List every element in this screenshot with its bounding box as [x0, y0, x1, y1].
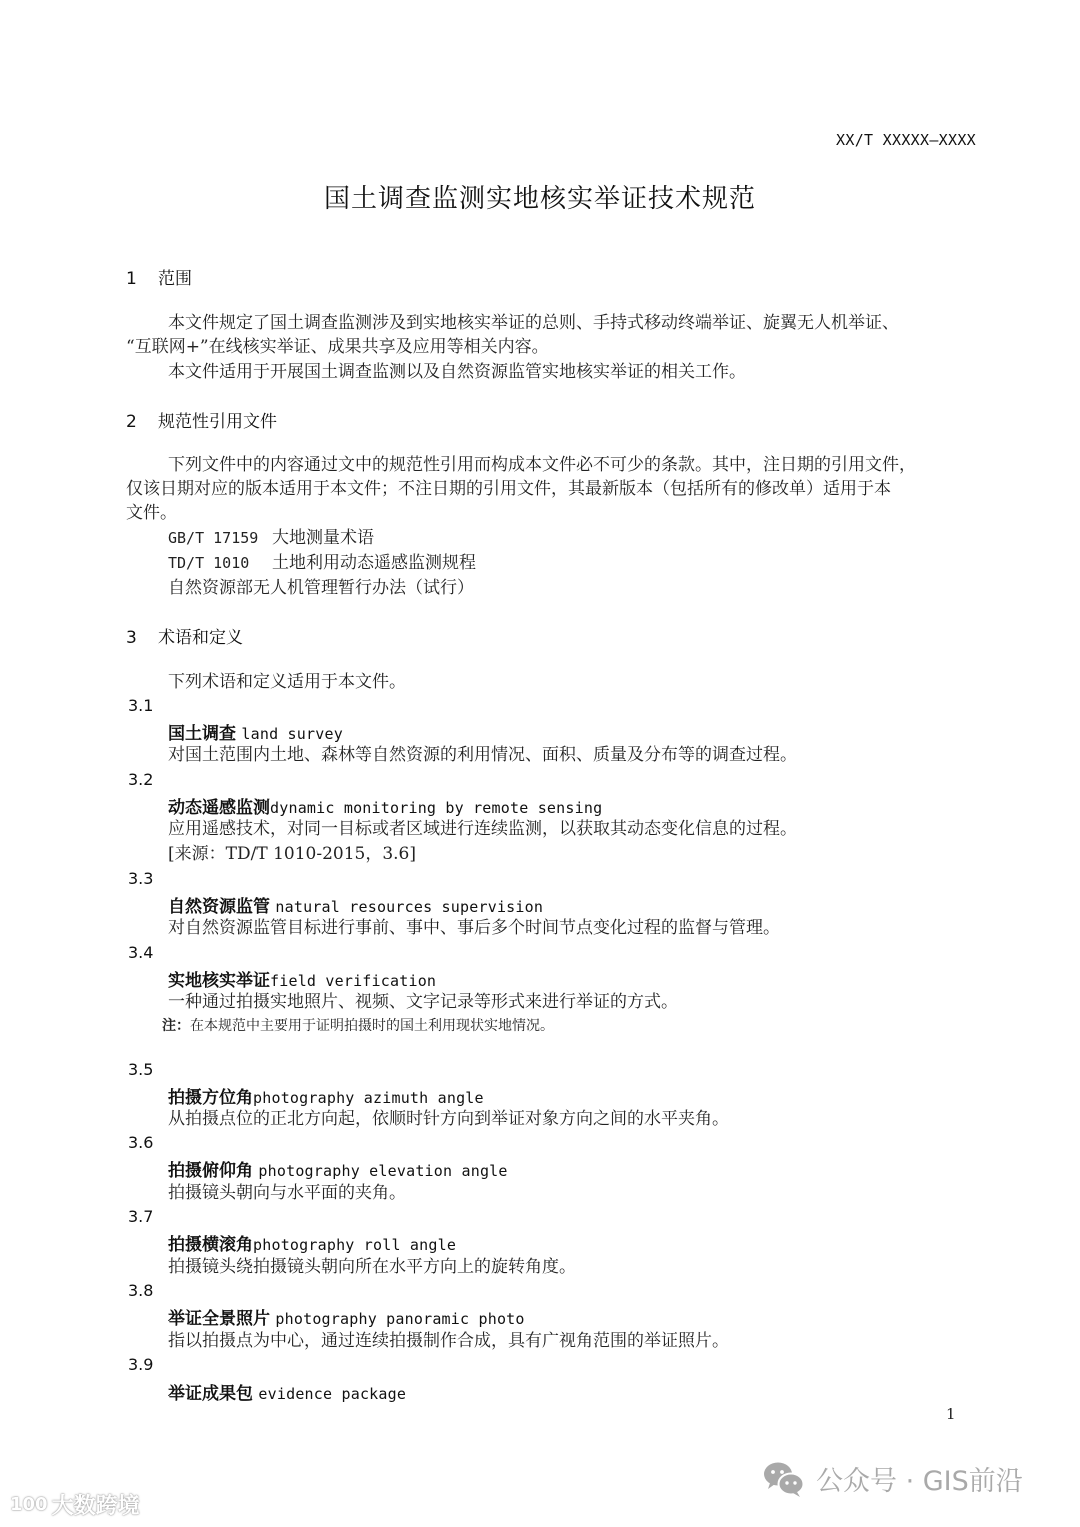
- term-en: photography roll angle: [253, 1236, 456, 1254]
- term-definition: 一种通过拍摄实地照片、视频、文字记录等形式来进行举证的方式。: [168, 990, 678, 1014]
- term-definition: 指以拍摄点为中心，通过连续拍摄制作合成，具有广视角范围的举证照片。: [168, 1329, 729, 1353]
- reference-code: TD/T 1010: [168, 551, 272, 575]
- term-zh: 举证全景照片: [168, 1309, 270, 1329]
- document-title: 国土调查监测实地核实举证技术规范: [0, 178, 1080, 215]
- term-en: photography panoramic photo: [275, 1310, 524, 1328]
- section-number: 2: [126, 412, 158, 432]
- term-zh: 拍摄俯仰角: [168, 1161, 253, 1181]
- term-zh: 拍摄横滚角: [168, 1235, 253, 1255]
- section-number: 1: [126, 269, 158, 289]
- term-source: [来源：TD/T 1010-2015，3.6]: [168, 842, 416, 866]
- clause-number: 3.8: [128, 1281, 153, 1300]
- page-number: 1: [946, 1405, 956, 1423]
- watermark-wechat-account: 公众号 · GIS前沿: [762, 1459, 1023, 1498]
- document-page: XX/T XXXXX—XXXX 国土调查监测实地核实举证技术规范 1范围 本文件…: [0, 0, 1080, 1527]
- section-title: 规范性引用文件: [158, 412, 277, 432]
- term-entry: 动态遥感监测dynamic monitoring by remote sensi…: [168, 793, 602, 818]
- reference-item: TD/T 1010土地利用动态遥感监测规程: [168, 551, 476, 575]
- references-paragraph-line: 下列文件中的内容通过文中的规范性引用而构成本文件必不可少的条款。其中，注日期的引…: [168, 453, 916, 477]
- reference-title: 自然资源部无人机管理暂行办法（试行）: [168, 578, 474, 598]
- clause-number: 3.6: [128, 1133, 153, 1152]
- term-zh: 拍摄方位角: [168, 1088, 253, 1108]
- term-zh: 国土调查: [168, 724, 236, 744]
- reference-title: 土地利用动态遥感监测规程: [272, 553, 476, 573]
- term-en: photography azimuth angle: [253, 1089, 484, 1107]
- clause-number: 3.2: [128, 770, 153, 789]
- term-entry: 举证成果包 evidence package: [168, 1379, 406, 1404]
- term-definition: 对国土范围内土地、森林等自然资源的利用情况、面积、质量及分布等的调查过程。: [168, 743, 797, 767]
- term-entry: 拍摄方位角photography azimuth angle: [168, 1083, 484, 1108]
- term-definition: 对自然资源监管目标进行事前、事中、事后多个时间节点变化过程的监督与管理。: [168, 916, 780, 940]
- term-entry: 拍摄横滚角photography roll angle: [168, 1230, 456, 1255]
- note-label: 注：: [162, 1018, 190, 1034]
- term-zh: 实地核实举证: [168, 971, 270, 991]
- watermark-left-text: 大数跨境: [52, 1489, 140, 1520]
- clause-number: 3.7: [128, 1207, 153, 1226]
- term-entry: 自然资源监管 natural resources supervision: [168, 892, 543, 917]
- term-note: 注：在本规范中主要用于证明拍摄时的国土利用现状实地情况。: [162, 1015, 554, 1035]
- watermark-right-text: 公众号 · GIS前沿: [816, 1459, 1023, 1498]
- term-entry: 实地核实举证field verification: [168, 966, 436, 991]
- term-entry: 国土调查 land survey: [168, 719, 343, 744]
- term-definition: 从拍摄点位的正北方向起，依顺时针方向到举证对象方向之间的水平夹角。: [168, 1107, 729, 1131]
- term-en: evidence package: [258, 1385, 406, 1403]
- logo-100-icon: 100: [10, 1494, 48, 1515]
- reference-item: GB/T 17159大地测量术语: [168, 526, 374, 550]
- clause-number: 3.3: [128, 869, 153, 888]
- term-zh: 举证成果包: [168, 1384, 253, 1404]
- clause-number: 3.4: [128, 943, 153, 962]
- section-heading-terms-definitions: 3术语和定义: [126, 623, 243, 648]
- clause-number: 3.5: [128, 1060, 153, 1079]
- scope-paragraph-line: 本文件规定了国土调查监测涉及到实地核实举证的总则、手持式移动终端举证、旋翼无人机…: [168, 311, 899, 335]
- term-definition: 拍摄镜头绕拍摄镜头朝向所在水平方向上的旋转角度。: [168, 1255, 576, 1279]
- term-entry: 举证全景照片 photography panoramic photo: [168, 1304, 525, 1329]
- standard-code: XX/T XXXXX—XXXX: [836, 131, 976, 149]
- reference-code: GB/T 17159: [168, 526, 272, 550]
- section-heading-scope: 1范围: [126, 264, 192, 289]
- term-en: dynamic monitoring by remote sensing: [270, 799, 602, 817]
- section-number: 3: [126, 628, 158, 648]
- scope-paragraph-line: “互联网+”在线核实举证、成果共享及应用等相关内容。: [126, 335, 549, 359]
- clause-number: 3.9: [128, 1355, 153, 1374]
- term-entry: 拍摄俯仰角 photography elevation angle: [168, 1156, 508, 1181]
- watermark-dashujingjing: 100 大数跨境: [10, 1489, 140, 1520]
- section-title: 范围: [158, 269, 192, 289]
- note-text: 在本规范中主要用于证明拍摄时的国土利用现状实地情况。: [190, 1018, 554, 1034]
- term-en: field verification: [270, 972, 436, 990]
- wechat-icon: [762, 1460, 806, 1498]
- section-title: 术语和定义: [158, 628, 243, 648]
- section-heading-normative-references: 2规范性引用文件: [126, 407, 277, 432]
- term-definition: 应用遥感技术，对同一目标或者区域进行连续监测，以获取其动态变化信息的过程。: [168, 817, 797, 841]
- references-paragraph-line: 文件。: [126, 501, 177, 525]
- reference-title: 大地测量术语: [272, 528, 374, 548]
- term-zh: 自然资源监管: [168, 897, 270, 917]
- term-en: land survey: [241, 725, 343, 743]
- term-en: photography elevation angle: [258, 1162, 507, 1180]
- term-en: natural resources supervision: [275, 898, 543, 916]
- terms-intro: 下列术语和定义适用于本文件。: [168, 670, 406, 694]
- references-paragraph-line: 仅该日期对应的版本适用于本文件；不注日期的引用文件，其最新版本（包括所有的修改单…: [126, 477, 891, 501]
- term-zh: 动态遥感监测: [168, 798, 270, 818]
- scope-paragraph-line: 本文件适用于开展国土调查监测以及自然资源监管实地核实举证的相关工作。: [168, 360, 746, 384]
- reference-item: 自然资源部无人机管理暂行办法（试行）: [168, 576, 474, 600]
- term-definition: 拍摄镜头朝向与水平面的夹角。: [168, 1181, 406, 1205]
- clause-number: 3.1: [128, 696, 153, 715]
